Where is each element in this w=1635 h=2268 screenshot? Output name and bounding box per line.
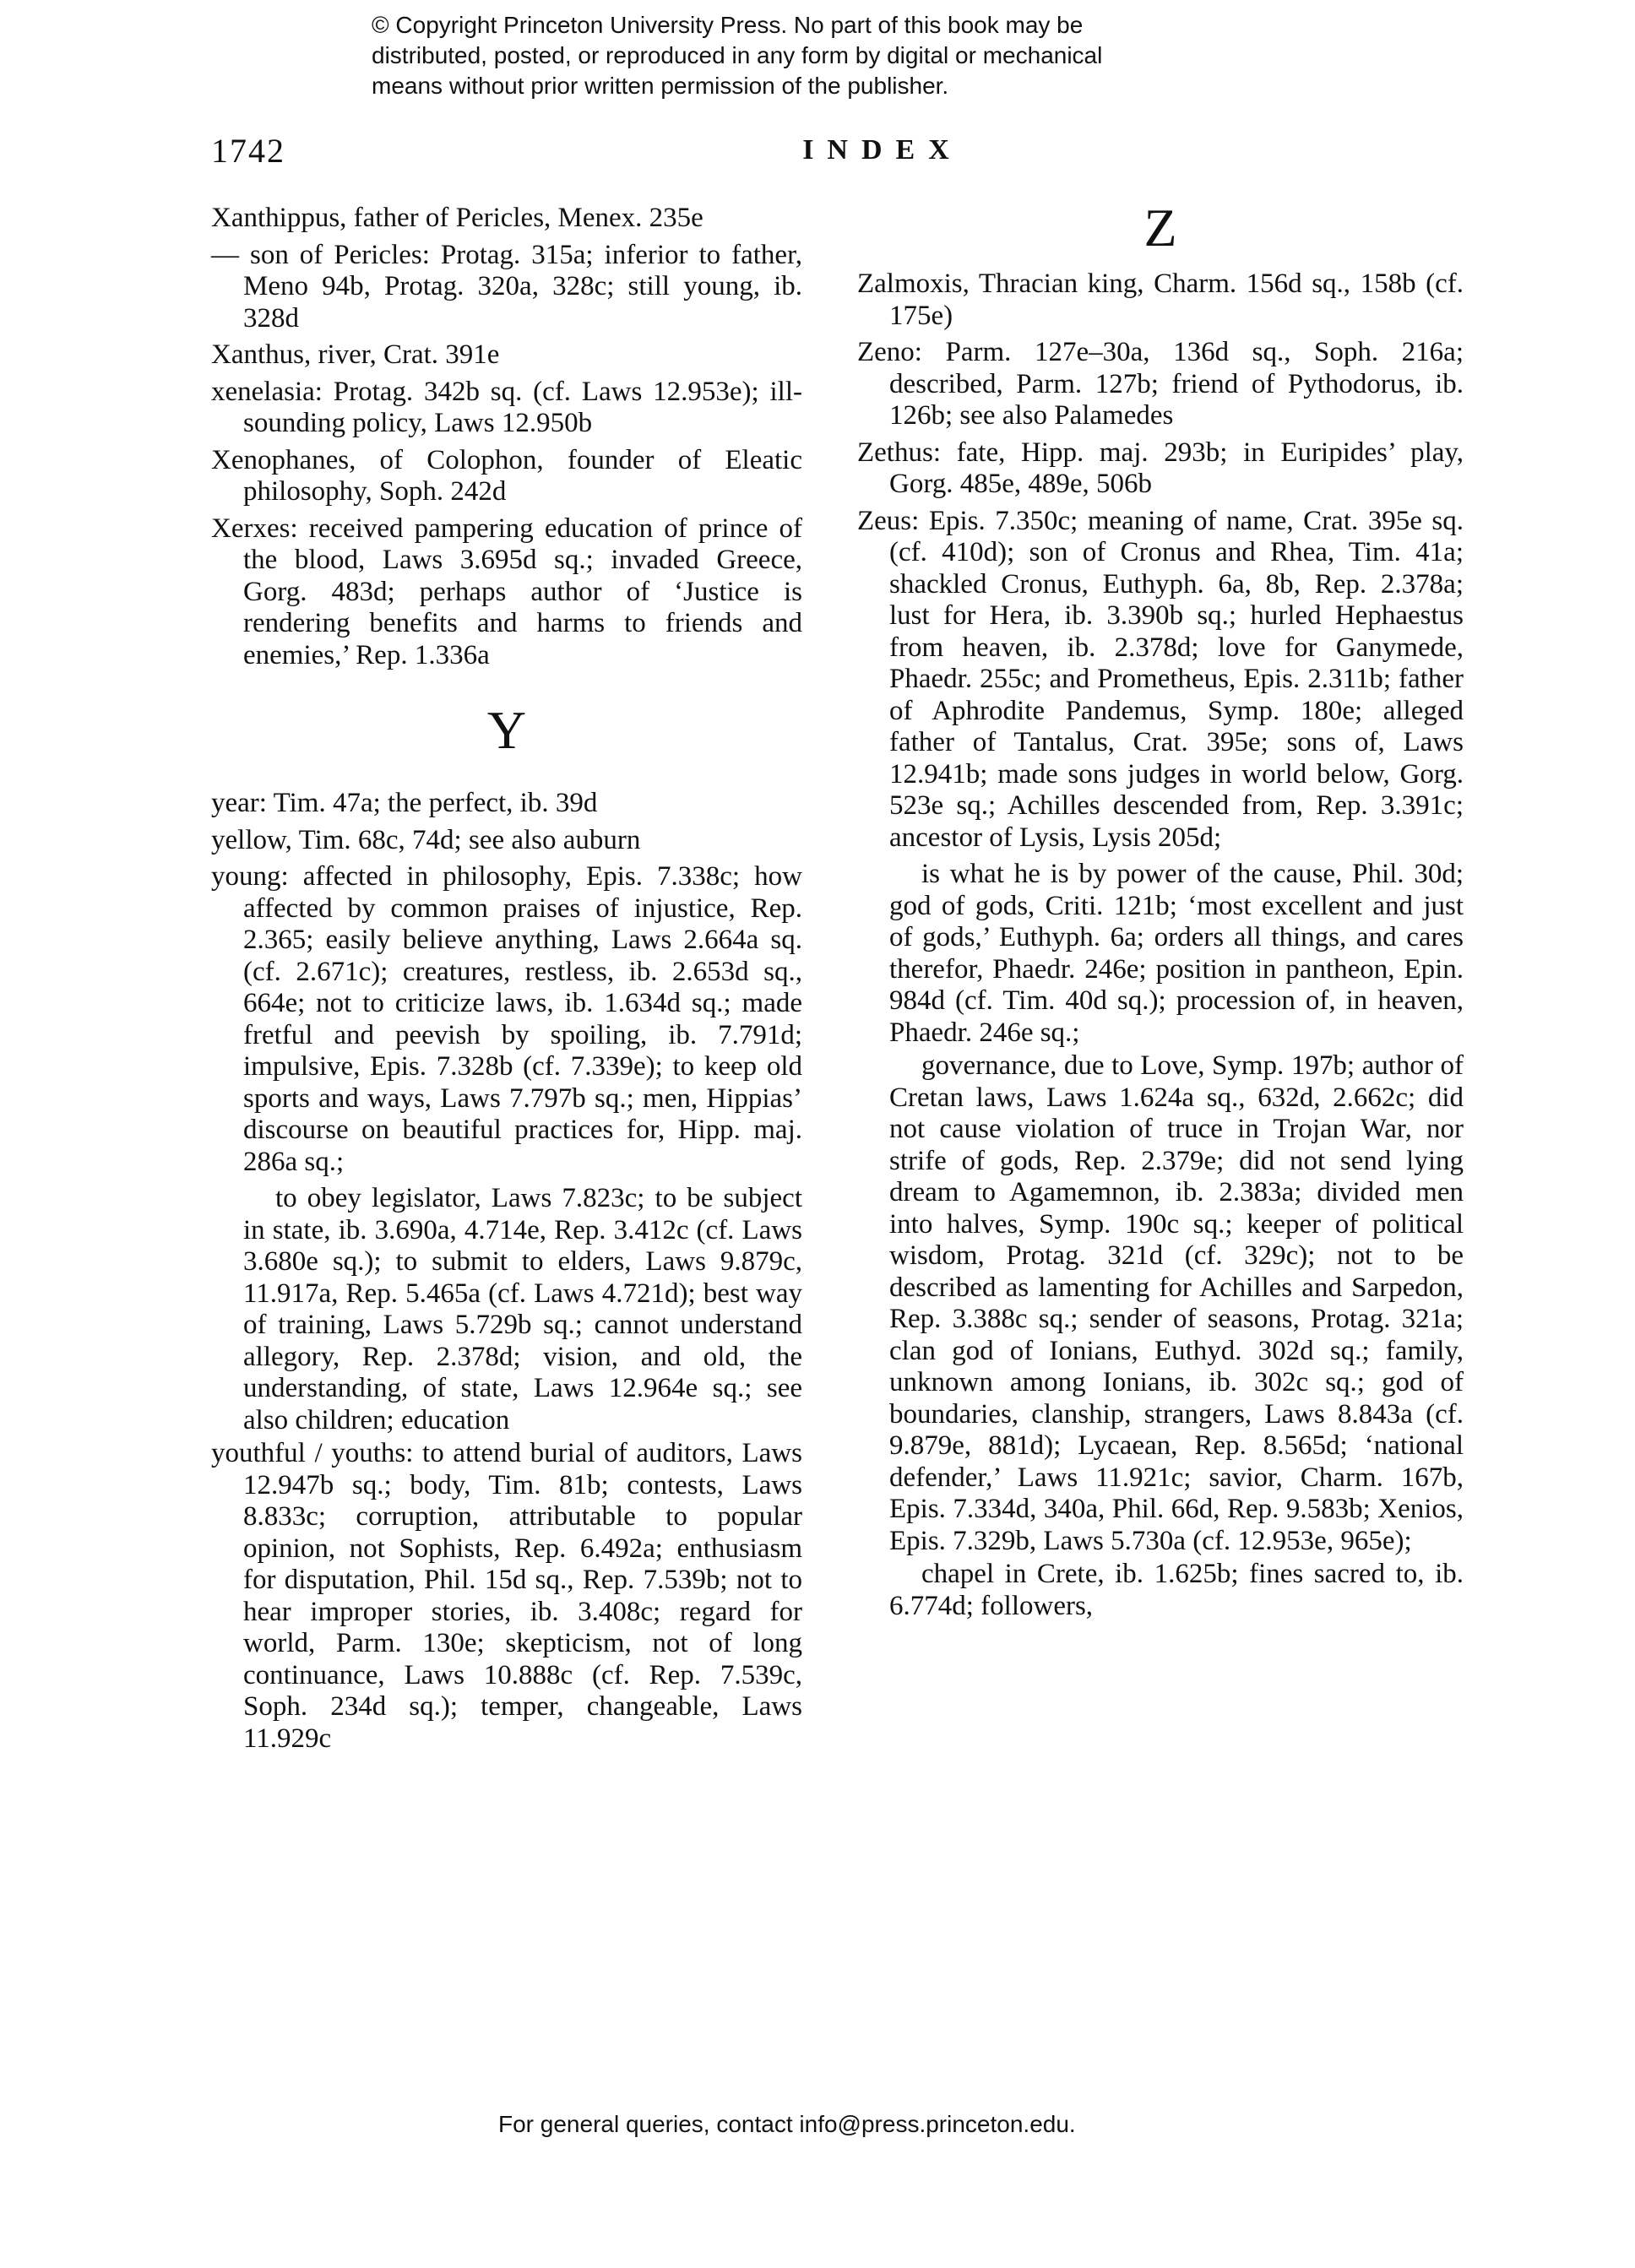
copyright-line: distributed, posted, or reproduced in an…: [372, 41, 1250, 71]
index-entry: — son of Pericles: Protag. 315a; inferio…: [211, 240, 802, 335]
index-entry: Zeus: Epis. 7.350c; meaning of name, Cra…: [857, 506, 1464, 855]
index-entry: Zeno: Parm. 127e–30a, 136d sq., Soph. 21…: [857, 337, 1464, 432]
index-entry-continuation: to obey legislator, Laws 7.823c; to be s…: [211, 1183, 802, 1436]
index-entry: yellow, Tim. 68c, 74d; see also auburn: [211, 825, 802, 857]
index-entry-continuation: chapel in Crete, ib. 1.625b; fines sacre…: [857, 1559, 1464, 1622]
section-letter-y: Y: [211, 697, 802, 764]
index-entry: xenelasia: Protag. 342b sq. (cf. Laws 12…: [211, 377, 802, 440]
page-title: INDEX: [211, 134, 1461, 166]
index-entry: Xerxes: received pampering education of …: [211, 513, 802, 672]
left-column: Xanthippus, father of Pericles, Menex. 2…: [211, 203, 802, 1760]
index-entry-continuation: governance, due to Love, Symp. 197b; aut…: [857, 1050, 1464, 1557]
footer-contact: For general queries, contact info@press.…: [498, 2111, 1174, 2138]
index-entry: Zalmoxis, Thracian king, Charm. 156d sq.…: [857, 269, 1464, 332]
copyright-notice: © Copyright Princeton University Press. …: [372, 10, 1250, 101]
section-letter-z: Z: [857, 194, 1464, 262]
copyright-line: means without prior written permission o…: [372, 71, 1250, 101]
index-entry: Xanthippus, father of Pericles, Menex. 2…: [211, 203, 802, 235]
index-entry-continuation: is what he is by power of the cause, Phi…: [857, 859, 1464, 1049]
copyright-line: © Copyright Princeton University Press. …: [372, 10, 1250, 41]
index-entry: Zethus: fate, Hipp. maj. 293b; in Euripi…: [857, 437, 1464, 501]
running-head: 1742 INDEX: [211, 131, 1461, 173]
index-entry: year: Tim. 47a; the perfect, ib. 39d: [211, 788, 802, 820]
index-entry: young: affected in philosophy, Epis. 7.3…: [211, 861, 802, 1178]
index-entry: Xanthus, river, Crat. 391e: [211, 339, 802, 372]
right-column: Z Zalmoxis, Thracian king, Charm. 156d s…: [857, 203, 1464, 1624]
index-entry: youthful / youths: to attend burial of a…: [211, 1438, 802, 1755]
index-entry: Xenophanes, of Colophon, founder of Elea…: [211, 445, 802, 508]
